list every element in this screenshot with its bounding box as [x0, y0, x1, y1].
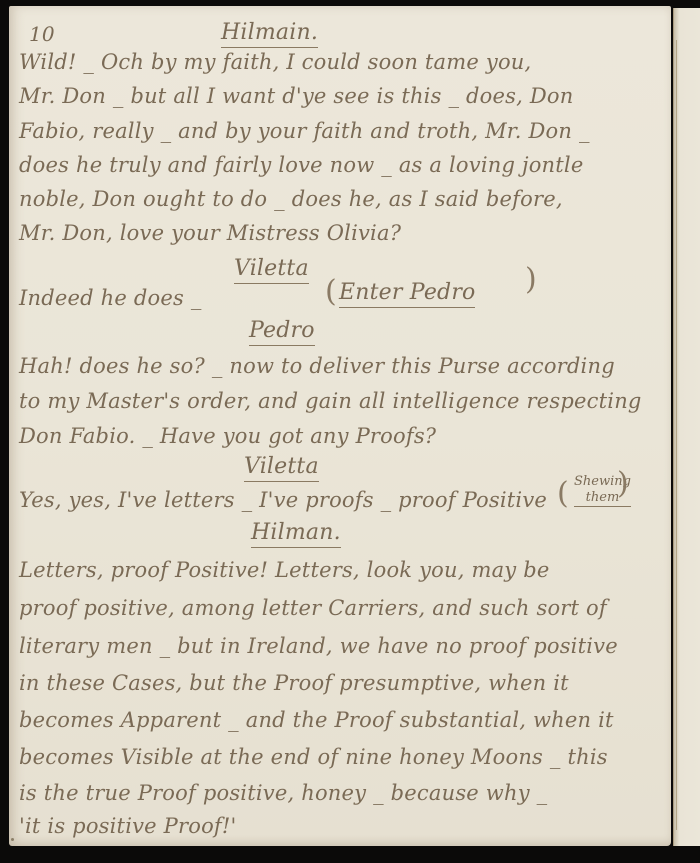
text-line: Indeed he does _ [19, 286, 202, 310]
text-line: becomes Apparent _ and the Proof substan… [19, 708, 614, 732]
text-line: Letters, proof Positive! Letters, look y… [19, 558, 550, 582]
speaker-heading: Viletta [234, 256, 309, 284]
text-line: proof positive, among letter Carriers, a… [19, 596, 607, 620]
text-line: does he truly and fairly love now _ as a… [19, 153, 583, 177]
adjacent-page-edge [673, 8, 700, 846]
ink-speck [11, 838, 14, 841]
text-line: is the true Proof positive, honey _ beca… [19, 781, 547, 805]
manuscript-page: 10 Hilmain. Wild! _ Och by my faith, I c… [9, 6, 671, 846]
paren-close: ) [617, 466, 629, 501]
text-line: Fabio, really _ and by your faith and tr… [19, 119, 590, 143]
text-line: Mr. Don, love your Mistress Olivia? [19, 221, 401, 245]
text-line: becomes Visible at the end of nine honey… [19, 745, 608, 769]
speaker-heading: Hilman. [251, 520, 341, 548]
paren-open: ( [557, 476, 569, 511]
text-line: to my Master's order, and gain all intel… [19, 389, 642, 413]
speaker-heading: Hilmain. [221, 20, 318, 48]
text-line: 'it is positive Proof!' [19, 814, 237, 838]
text-line: Mr. Don _ but all I want d'ye see is thi… [19, 84, 573, 108]
page-number: 10 [29, 22, 55, 46]
text-line: literary men _ but in Ireland, we have n… [19, 634, 618, 658]
speaker-heading: Viletta [244, 454, 319, 482]
text-line: Wild! _ Och by my faith, I could soon ta… [19, 50, 531, 74]
speaker-heading: Pedro [249, 318, 315, 346]
text-line: Hah! does he so? _ now to deliver this P… [19, 354, 615, 378]
text-line: Yes, yes, I've letters _ I've proofs _ p… [19, 488, 547, 512]
text-line: Don Fabio. _ Have you got any Proofs? [19, 424, 436, 448]
paren-open: ( [325, 274, 337, 309]
text-line: noble, Don ought to do _ does he, as I s… [19, 187, 563, 211]
page-gutter-line [676, 40, 677, 830]
stage-direction: Enter Pedro [339, 280, 475, 308]
paren-close: ) [525, 262, 537, 297]
text-line: in these Cases, but the Proof presumptiv… [19, 671, 569, 695]
